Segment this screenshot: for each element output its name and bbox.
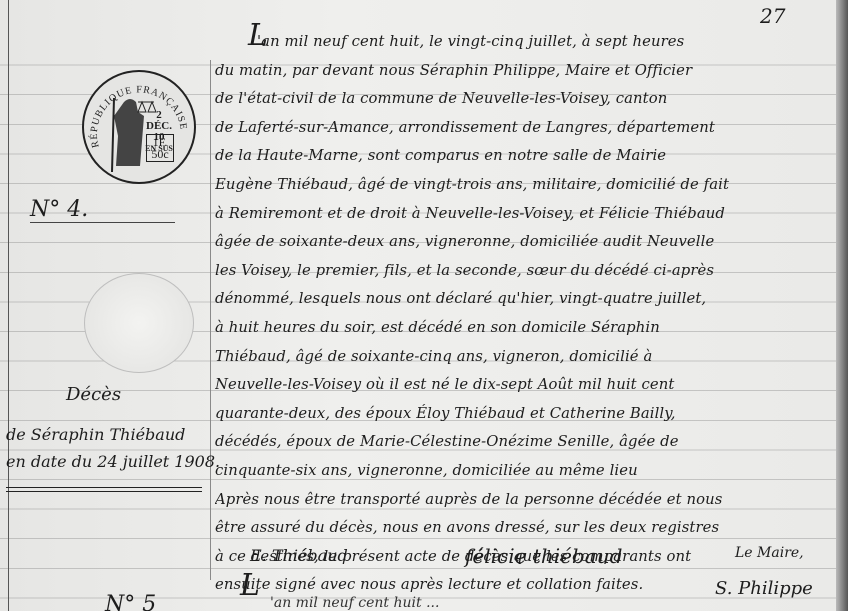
marianne-figure-icon: RÉPUBLIQUE FRANÇAISE [84,72,194,182]
record-number: N° 4. [30,197,88,222]
body-line: cinquante-six ans, vigneronne, domicilié… [215,457,835,486]
next-record-number: N° 5 [105,592,156,611]
body-line: décédés, époux de Marie-Célestine-Onézim… [215,428,835,457]
signature-mayor: S. Philippe [715,578,813,599]
signature-felicie: félicie thiébaud [465,544,622,568]
mayor-title: Le Maire, [735,545,804,561]
margin-note-rule [6,487,202,492]
margin-rule [210,60,211,580]
body-line: du matin, par devant nous Séraphin Phili… [215,57,835,86]
folio-number: 27 [760,4,785,28]
body-line: de la Haute-Marne, sont comparus en notr… [215,142,835,171]
body-line: Neuvelle-les-Voisey où il est né le dix-… [215,371,835,400]
fiscal-stamp: RÉPUBLIQUE FRANÇAISE 2 DÉC. 10EN SUS 1F.… [82,70,196,184]
body-line: âgée de soixante-deux ans, vigneronne, d… [215,228,835,257]
next-record-partial-line: 'an mil neuf cent huit ... [270,595,439,611]
body-line: Thiébaud, âgé de soixante-cinq ans, vign… [215,343,835,372]
body-line: quarante-deux, des époux Éloy Thiébaud e… [215,400,835,429]
signature-eugene: E. Thiébaud [250,546,348,565]
body-line: à Remiremont et de droit à Neuvelle-les-… [215,200,835,229]
body-line: 'an mil neuf cent huit, le vingt-cinq ju… [215,28,835,57]
embossed-seal [84,273,194,373]
body-line: Après nous être transporté auprès de la … [215,486,835,515]
body-line: être assuré du décès, nous en avons dres… [215,514,835,543]
body-line: dénommé, lesquels nous ont déclaré qu'hi… [215,285,835,314]
binding-rule [8,0,9,611]
stamp-value-bottom: 1F. 50c [146,134,174,162]
next-record-initial: L [240,568,260,603]
margin-note-date: en date du 24 juillet 1908. [6,452,220,471]
margin-note-name: de Séraphin Thiébaud [6,425,185,444]
body-line: à huit heures du soir, est décédé en son… [215,314,835,343]
margin-note-title: Décès [66,384,121,405]
body-line: Eugène Thiébaud, âgé de vingt-trois ans,… [215,171,835,200]
record-number-underline [30,222,175,223]
body-line: de l'état-civil de la commune de Neuvell… [215,85,835,114]
register-page: 27 RÉPUBLIQUE FRANÇAISE 2 DÉC. 10EN SUS … [0,0,848,611]
body-line: les Voisey, le premier, fils, et la seco… [215,257,835,286]
page-edge-shadow [836,0,848,611]
record-body: 'an mil neuf cent huit, le vingt-cinq ju… [215,28,835,600]
body-line: de Laferté-sur-Amance, arrondissement de… [215,114,835,143]
